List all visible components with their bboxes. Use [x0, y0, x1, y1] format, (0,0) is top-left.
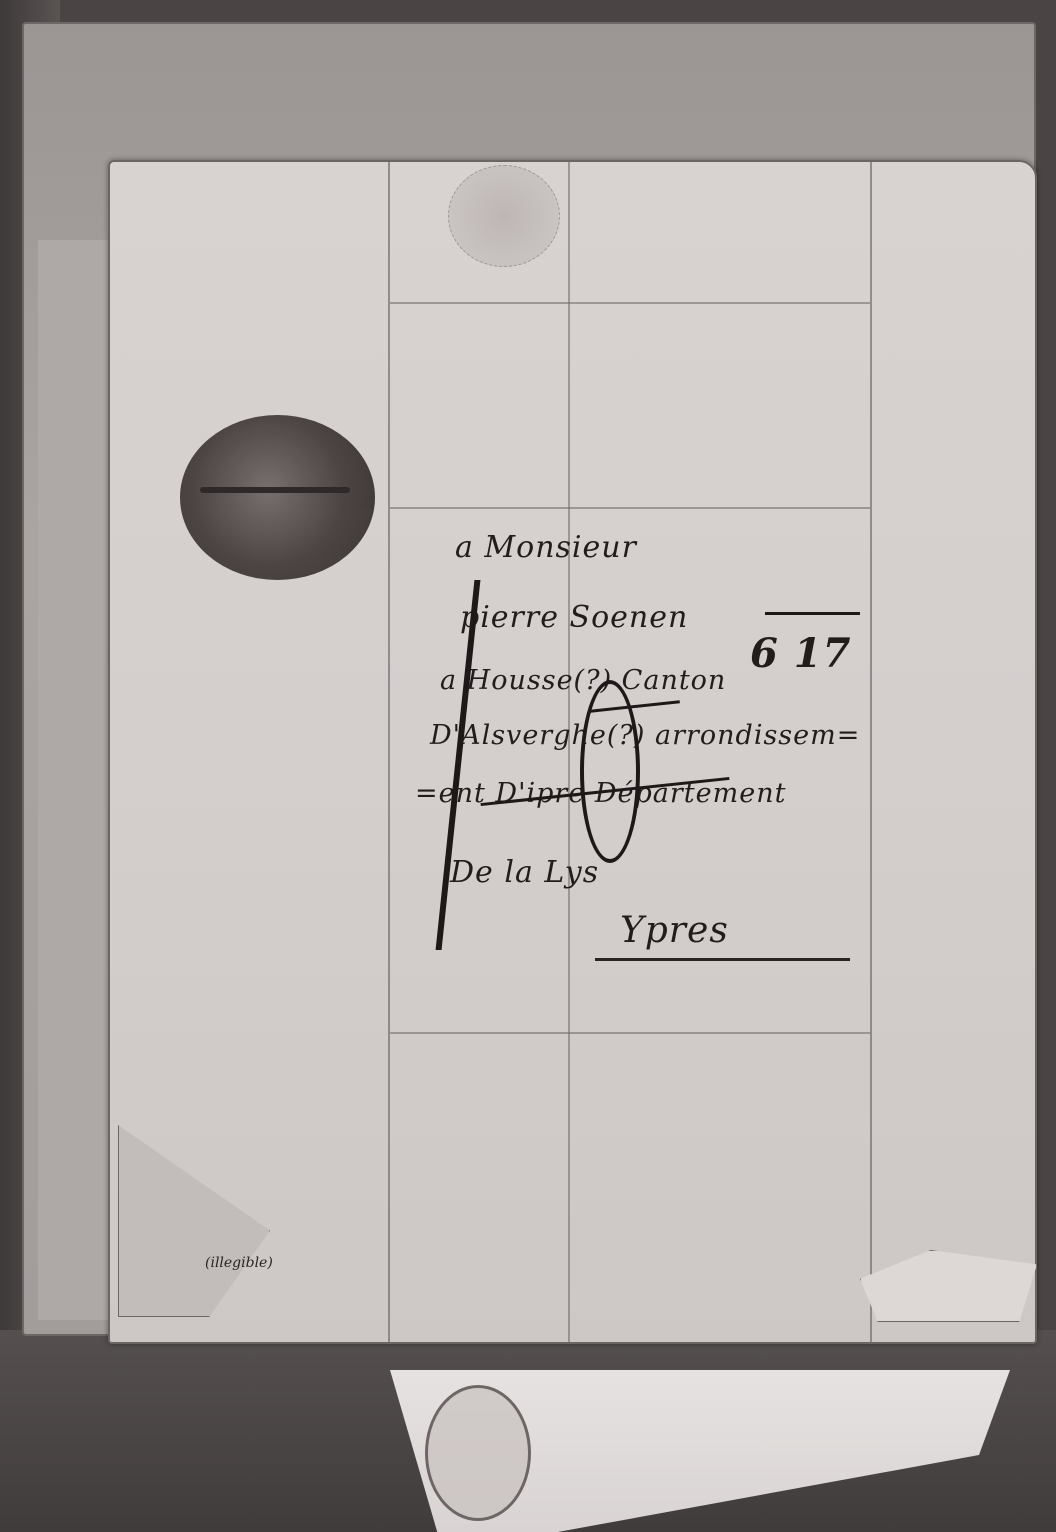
- fold-line: [390, 302, 870, 304]
- wax-seal: [180, 415, 375, 580]
- seal-emblem: [200, 487, 350, 493]
- address-city: Ypres: [620, 910, 729, 951]
- strikethrough: [765, 612, 860, 615]
- fold-line: [390, 1032, 870, 1034]
- corner-note: (illegible): [205, 1255, 273, 1271]
- city-underline: [595, 958, 850, 961]
- side-postal-mark: 6 17: [750, 630, 851, 677]
- fold-line: [390, 507, 870, 509]
- faint-seal-impression: [448, 165, 560, 267]
- address-line-1: a Monsieur: [455, 530, 637, 565]
- fold-line: [568, 162, 570, 1342]
- letter-cover: [108, 160, 1037, 1344]
- stain-mark: [425, 1385, 531, 1521]
